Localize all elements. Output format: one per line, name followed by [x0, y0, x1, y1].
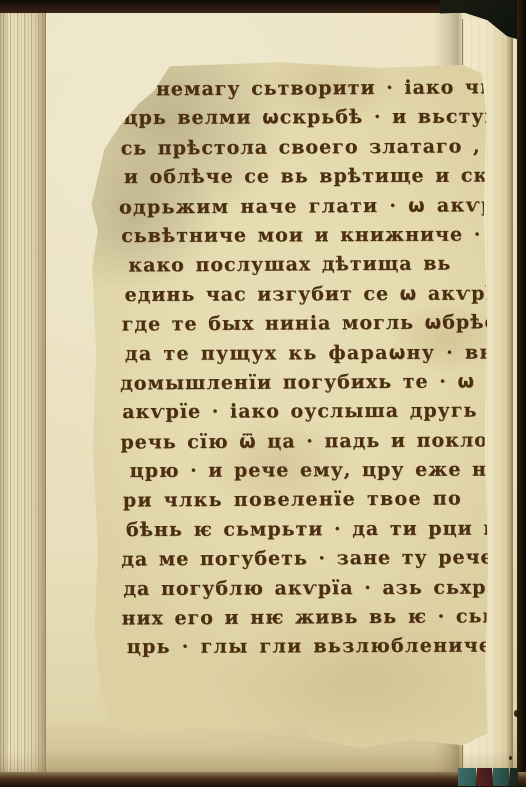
- page-edges-stack: [0, 12, 46, 776]
- marbled-edge-patch: [493, 768, 509, 786]
- text-line: црю · и рече ему, цру еже не сьтво: [130, 455, 526, 486]
- text-line: да те пущух кь фараѡну · вь не: [125, 338, 526, 369]
- book-cover-right-edge: [517, 0, 526, 787]
- text-line: домышленїи погубихь те · ѡ: [120, 366, 526, 398]
- text-line: црь велми ѡскрьбѣ · и вьступи: [123, 102, 526, 133]
- book-page: зь немагу сьтворити · іако чю црь велми …: [0, 11, 518, 776]
- text-line: единь час изгубит се ѡ акѵрїе ·: [124, 279, 526, 310]
- manuscript-photo: зь немагу сьтворити · іако чю црь велми …: [0, 0, 526, 787]
- book-cover-bottom-edge: [0, 772, 526, 787]
- text-line: одрьжим наче глати · ѡ акѵрїе: [119, 190, 526, 222]
- marbled-edge-patch: [458, 768, 476, 786]
- manuscript-text: зь немагу сьтворити · іако чю црь велми …: [118, 72, 526, 663]
- marbled-edge-patch: [477, 768, 492, 786]
- ink-speck: [509, 756, 512, 760]
- marbled-edge-patch: [510, 768, 518, 786]
- text-line: сь прѣстола своего златаго ,: [121, 131, 526, 163]
- text-line: них его и нѥ живь вь ѥ · сьвѣщае мою: [121, 602, 526, 634]
- text-line: црь · глы гли вьзлюблениче мои: [127, 631, 526, 662]
- text-line: ри члкь повеленїе твое по: [123, 484, 526, 516]
- text-line: да ме погубеть · зане ту рече цру: [121, 543, 526, 575]
- text-line: где те бых ниніа могль ѡбрѣсти: [122, 308, 526, 340]
- text-line: да погублю акѵрїа · азь сьхра: [123, 573, 526, 604]
- text-line: како послушах дѣтища вь: [128, 249, 526, 281]
- text-line: речь сїю ѿ ца · падь и поклони се: [120, 425, 526, 457]
- text-line: бѣнь ѥ сьмрьти · да ти рци црю: [126, 514, 526, 545]
- text-line: зь немагу сьтворити · іако чю: [118, 72, 526, 104]
- text-line: акѵрїе · іако оуслыша другь мои: [122, 396, 526, 427]
- manuscript-leaf: зь немагу сьтворити · іако чю црь велми …: [84, 58, 492, 758]
- text-line: и облѣче се вь врѣтище и скрьбїю: [124, 161, 526, 192]
- text-line: сьвѣтниче мои и книжниче ·: [121, 220, 526, 251]
